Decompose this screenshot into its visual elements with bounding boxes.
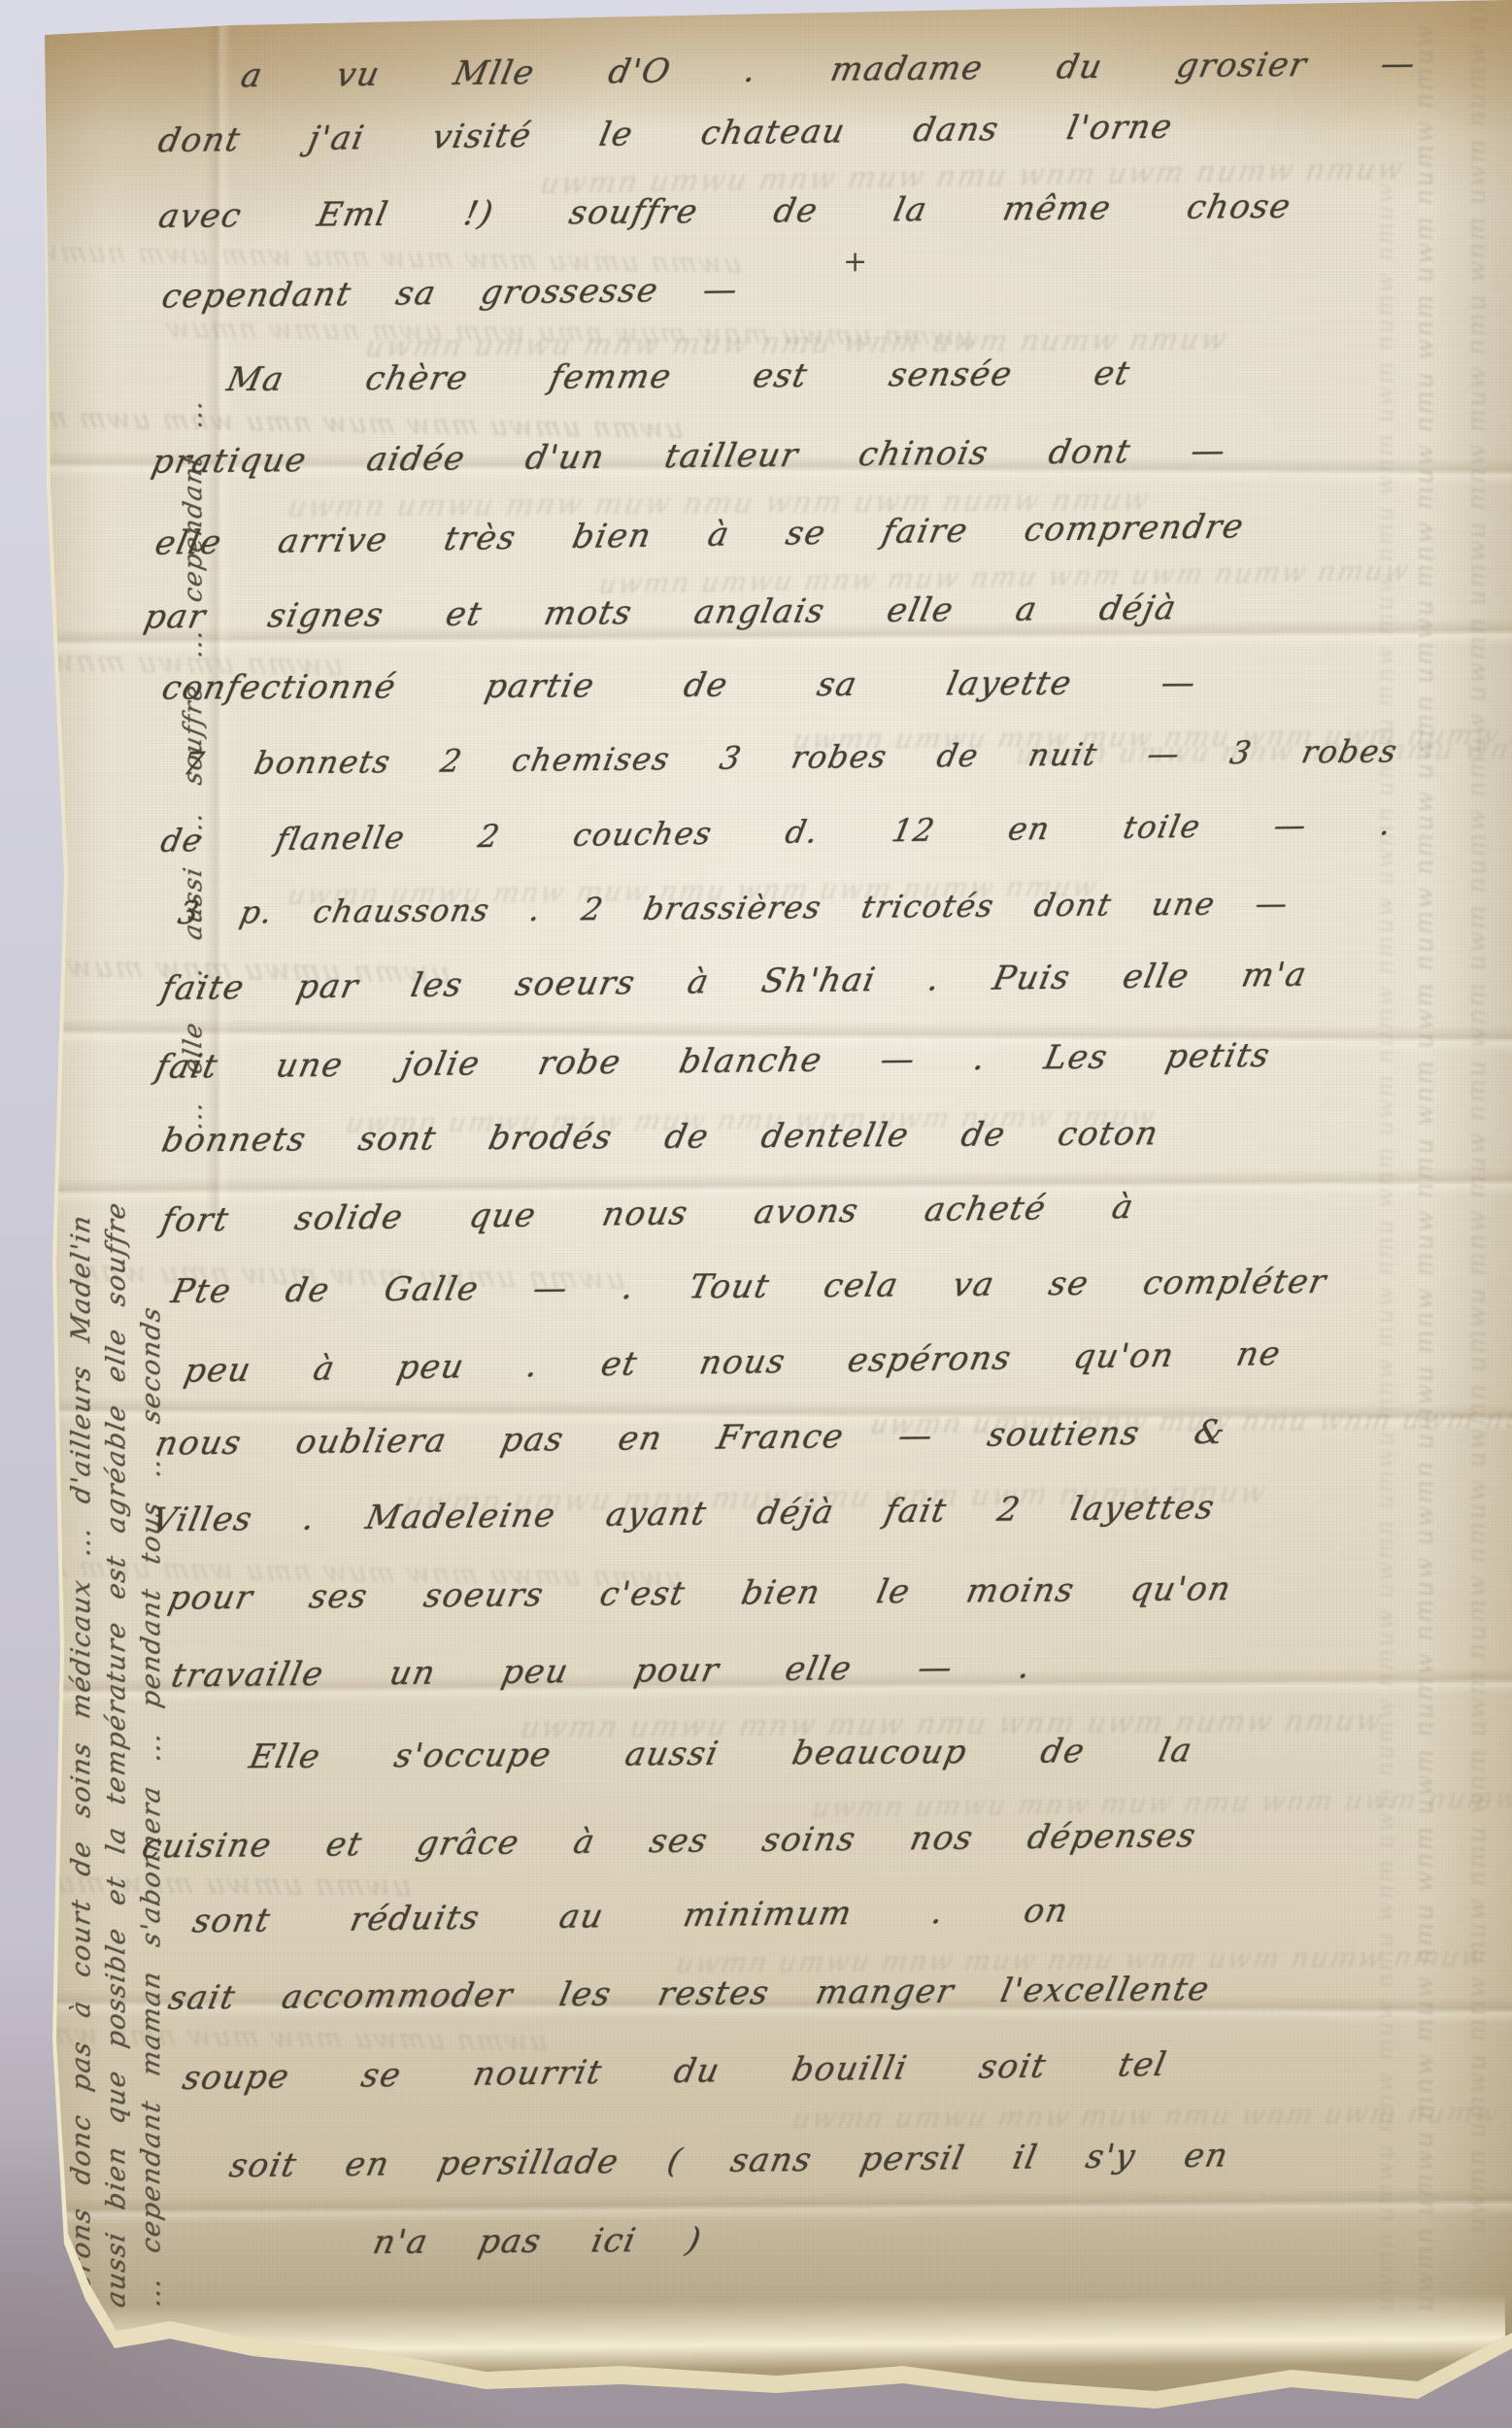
margin-vertical-line-1: Le Dr Begg partant du défunt Dr Reid vie… — [29, 1232, 59, 2365]
photographed-letter-page: uwmn umwu mnw muw nmu wnm uwm numw nmuwu… — [0, 0, 1512, 2428]
letter-paper: uwmn umwu mnw muw nmu wnm uwm numw nmuwu… — [0, 0, 1512, 2428]
photo-vignette — [0, 0, 1512, 2428]
